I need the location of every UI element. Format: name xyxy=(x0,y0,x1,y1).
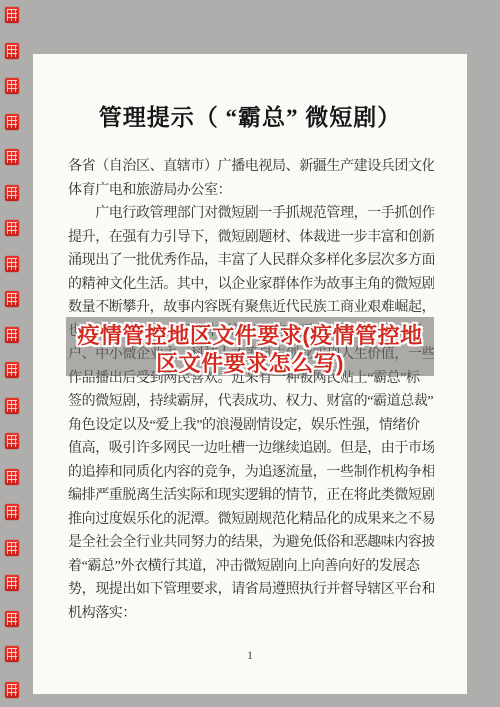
document-line: 的追捧和同质化内容的竞争，为追逐流量，一些制作机构争相 xyxy=(68,461,434,485)
document-line: 编排严重脱离生活实际和现实逻辑的情节，正在将此类微短剧 xyxy=(68,484,434,508)
seal-strip xyxy=(5,7,19,700)
seo-headline-line1: 疫情管控地区文件要求(疫情管控地 xyxy=(30,322,470,350)
red-seal-icon xyxy=(5,646,19,662)
seo-headline-line2: 区文件要求怎么写) xyxy=(30,350,470,378)
document-line: 数量不断攀升，故事内容既有聚焦近代民族工商业艰难崛起， xyxy=(68,296,434,320)
red-seal-icon xyxy=(5,362,19,378)
document-line: 势，现提出如下管理要求，请省局遵照执行并督导辖区平台和 xyxy=(68,578,434,602)
document-line: 着“霸总”外衣横行其道，冲击微短剧向上向善向好的发展态 xyxy=(68,555,434,579)
red-seal-icon xyxy=(5,291,19,307)
document-line: 涌现出了一批优秀作品，丰富了人民群众多样化多层次多方面 xyxy=(68,249,434,273)
page-number: 1 xyxy=(0,647,500,663)
document-line: 签的微短剧，持续霸屏，代表成功、权力、财富的“霸道总裁” xyxy=(68,390,434,414)
red-seal-icon xyxy=(5,43,19,59)
red-seal-icon xyxy=(5,114,19,130)
red-seal-icon xyxy=(5,540,19,556)
red-seal-icon xyxy=(5,327,19,343)
red-seal-icon xyxy=(5,256,19,272)
document-page: 管理提示（ “霸总” 微短剧） 各省（自治区、直辖市）广播电视局、新疆生产建设兵… xyxy=(0,0,500,707)
red-seal-icon xyxy=(5,433,19,449)
red-seal-icon xyxy=(5,149,19,165)
red-seal-icon xyxy=(5,611,19,627)
document-line: 是全社会全行业共同努力的结果，为避免低俗和恶趣味内容披 xyxy=(68,531,434,555)
document-line: 体育广电和旅游局办公室： xyxy=(68,179,434,203)
document-line: 提升，在强有力引导下，微短剧题材、体裁进一步丰富和创新， xyxy=(68,226,434,250)
seo-headline: 疫情管控地区文件要求(疫情管控地 区文件要求怎么写) xyxy=(30,322,470,378)
red-seal-icon xyxy=(5,220,19,236)
document-line: 的精神文化生活。其中，以企业家群体作为故事主角的微短剧 xyxy=(68,273,434,297)
scan-margin-top xyxy=(0,0,500,54)
document-body: 各省（自治区、直辖市）广播电视局、新疆生产建设兵团文化体育广电和旅游局办公室： … xyxy=(68,155,434,625)
document-line: 广电行政管理部门对微短剧一手抓规范管理，一手抓创作 xyxy=(68,202,434,226)
red-seal-icon xyxy=(5,504,19,520)
red-seal-icon xyxy=(5,78,19,94)
document-line: 值高，吸引许多网民一边吐槽一边继续追剧。但是，由于市场 xyxy=(68,437,434,461)
red-seal-icon xyxy=(5,682,19,698)
document-line: 机构落实： xyxy=(68,602,434,626)
scan-margin-bottom xyxy=(0,694,500,707)
document-line: 各省（自治区、直辖市）广播电视局、新疆生产建设兵团文化 xyxy=(68,155,434,179)
red-seal-icon xyxy=(5,575,19,591)
red-seal-icon xyxy=(5,398,19,414)
document-line: 推向过度娱乐化的泥潭。微短剧规范化精品化的成果来之不易， xyxy=(68,508,434,532)
red-seal-icon xyxy=(5,185,19,201)
document-title: 管理提示（ “霸总” 微短剧） xyxy=(68,102,432,134)
red-seal-icon xyxy=(5,7,19,23)
scan-margin-right xyxy=(467,0,500,707)
red-seal-icon xyxy=(5,469,19,485)
document-line: 角色设定以及“爱上我”的浪漫剧情设定，娱乐性强，情绪价 xyxy=(68,414,434,438)
